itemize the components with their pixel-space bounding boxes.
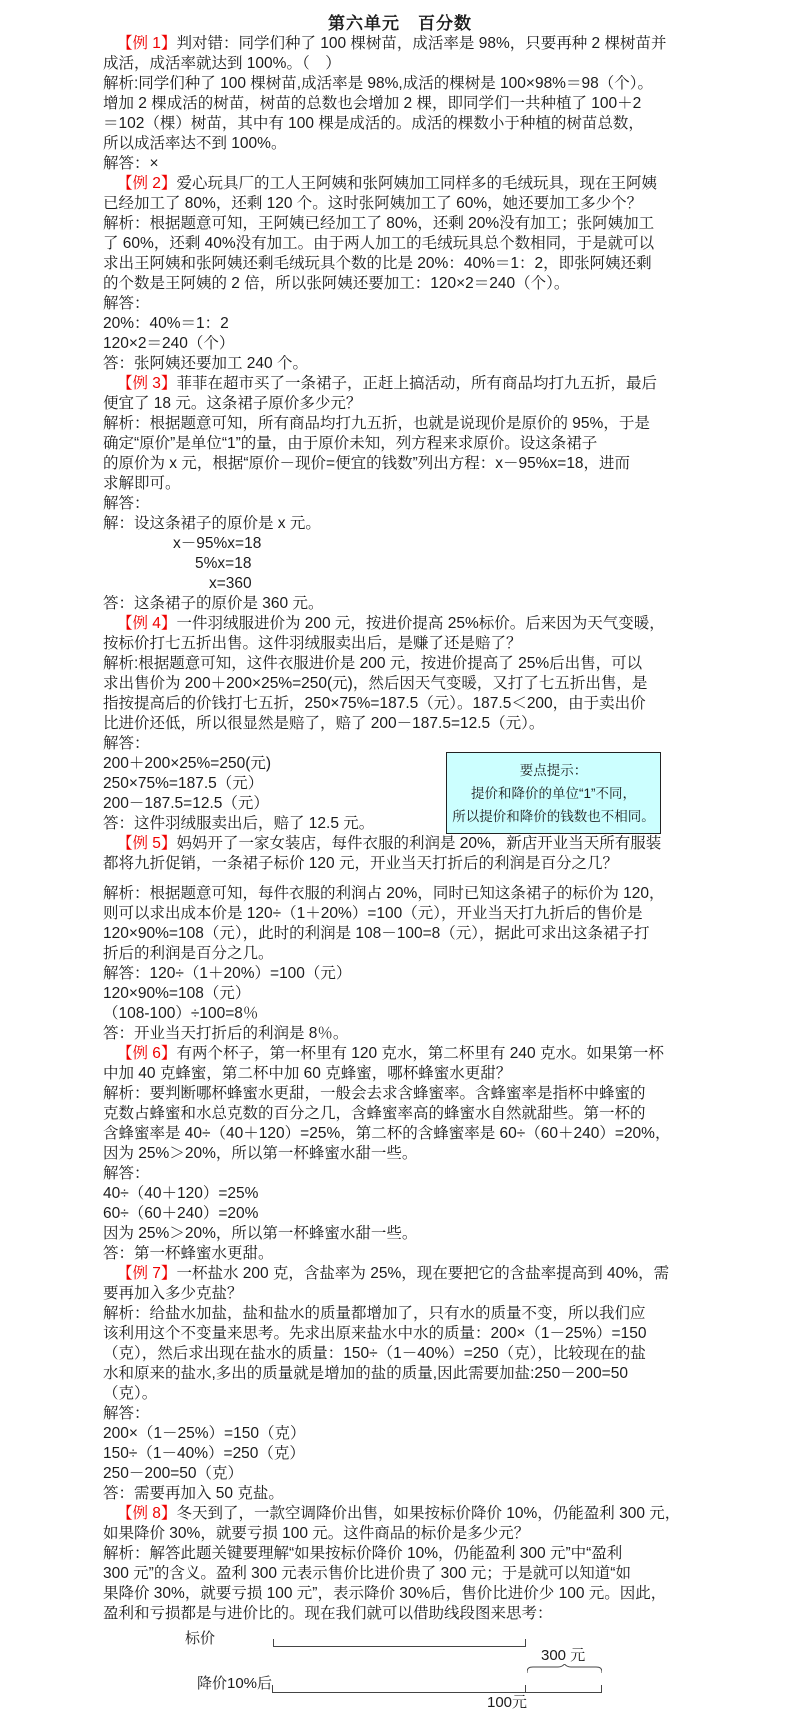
text-line: 求解即可。	[103, 474, 709, 494]
line-text: 40÷（40＋120）=25%	[103, 1185, 258, 1202]
text-line: 便宜了 18 元。这条裙子原价多少元？	[103, 394, 709, 414]
line-text: 确定“原价”是单位“1”的量，由于原价未知，列方程来求原价。设这条裙子	[103, 435, 597, 452]
diagram-label-discounted-price: 降价10%后	[197, 1675, 272, 1693]
segment-tick	[525, 1639, 526, 1647]
example-line: 【例 5】妈妈开了一家女装店，每件衣服的利润是 20%，新店开业当天所有服装	[103, 834, 709, 854]
line-text: 250×75%=187.5（元）	[103, 775, 263, 792]
line-text: 答：开业当天打折后的利润是 8％。	[103, 1025, 348, 1042]
line-text: 增加 2 棵成活的树苗，树苗的总数也会增加 2 棵，即同学们一共种植了 100＋…	[103, 95, 641, 112]
text-line: 答：需要再加入 50 克盐。	[103, 1484, 709, 1504]
line-text: 已经加工了 80%，还剩 120 个。这时张阿姨加工了 60%，她还要加工多少个…	[103, 195, 642, 212]
example-line: 【例 7】一杯盐水 200 克，含盐率为 25%，现在要把它的含盐率提高到 40…	[103, 1264, 709, 1284]
line-text: 所以成活率达不到 100%。	[103, 135, 286, 152]
text-line: （克），然后求出现在盐水的质量：150÷（1－40%）=250（克），比较现在的…	[103, 1344, 709, 1364]
line-text: 解答：	[103, 295, 150, 312]
line-text: （克），然后求出现在盐水的质量：150÷（1－40%）=250（克），比较现在的…	[103, 1345, 646, 1362]
text-line: 250－200=50（克）	[103, 1464, 709, 1484]
text-line: x=360	[103, 574, 709, 594]
text-line: 解析:同学们种了 100 棵树苗,成活率是 98%,成活的棵树是 100×98%…	[103, 74, 709, 94]
example-line: 【例 1】判对错：同学们种了 100 棵树苗，成活率是 98%，只要再种 2 棵…	[103, 34, 709, 54]
line-text: 解答：	[103, 1165, 150, 1182]
line-text: 解答：	[103, 495, 150, 512]
line-text: 求出王阿姨和张阿姨还剩毛绒玩具个数的比是 20%：40%＝1：2，即张阿姨还剩	[103, 255, 652, 272]
text-line: 的原价为 x 元，根据“原价－现价=便宜的钱数”列出方程：x－95%x=18，进…	[103, 454, 709, 474]
text-line: 120×2＝240（个）	[103, 334, 709, 354]
line-text: 则可以求出成本价是 120÷（1＋20%）=100（元），开业当天打九折后的售价…	[103, 905, 642, 922]
text-line: （克）。	[103, 1384, 709, 1404]
diagram-value-300: 300 元	[541, 1647, 585, 1665]
example-line: 【例 2】爱心玩具厂的工人王阿姨和张阿姨加工同样多的毛绒玩具，现在王阿姨	[103, 174, 709, 194]
line-text: 有两个杯子，第一杯里有 120 克水，第二杯里有 240 克水。如果第一杯	[176, 1045, 663, 1062]
line-text: 便宜了 18 元。这条裙子原价多少元？	[103, 395, 361, 412]
example-line: 【例 8】冬天到了，一款空调降价出售，如果按标价降价 10%，仍能盈利 300 …	[103, 1504, 709, 1524]
line-text: 克数占蜂蜜和水总克数的百分之几，含蜂蜜率高的蜂蜜水自然就甜些。第一杯的	[103, 1105, 646, 1122]
line-text: 120×2＝240（个）	[103, 335, 234, 352]
line-text: 120×90%=108（元），此时的利润是 108－100=8（元），据此可求出…	[103, 925, 650, 942]
line-text: 该利用这个不变量来思考。先求出原来盐水中水的质量：200×（1－25%）=150	[103, 1325, 646, 1342]
line-text: 20%：40%＝1：2	[103, 315, 229, 332]
diagram-value-100: 100元	[487, 1694, 527, 1710]
line-text: 60÷（60＋240）=20%	[103, 1205, 258, 1222]
text-line: 含蜂蜜率是 40÷（40＋120）=25%，第二杯的含蜂蜜率是 60÷（60＋2…	[103, 1124, 709, 1144]
line-text: 要再加入多少克盐？	[103, 1285, 243, 1302]
text-line: 果降价 30%，就要亏损 100 元”，表示降价 30%后，售价比进价少 100…	[103, 1584, 709, 1604]
text-line: 答：张阿姨还要加工 240 个。	[103, 354, 709, 374]
text-line: 解析:根据题意可知，这件衣服进价是 200 元，按进价提高了 25%后出售，可以	[103, 654, 709, 674]
line-text: 的个数是王阿姨的 2 倍，所以张阿姨还要加工：120×2＝240（个）。	[103, 275, 569, 292]
tip-box-heading: 要点提示：	[447, 759, 660, 782]
text-line: 则可以求出成本价是 120÷（1＋20%）=100（元），开业当天打九折后的售价…	[103, 904, 709, 924]
line-text: 菲菲在超市买了一条裙子，正赶上搞活动，所有商品均打九五折，最后	[176, 375, 657, 392]
text-line: 解答：	[103, 294, 709, 314]
text-line: 解答：	[103, 734, 709, 754]
tip-box: 要点提示： 提价和降价的单位“1”不同， 所以提价和降价的钱数也不相同。	[446, 752, 661, 834]
text-line: x－95%x=18	[103, 534, 709, 554]
line-text: 都将九折促销，一条裙子标价 120 元，开业当天打折后的利润是百分之几？	[103, 855, 618, 872]
example-line: 【例 3】菲菲在超市买了一条裙子，正赶上搞活动，所有商品均打九五折，最后	[103, 374, 709, 394]
segment-tick	[272, 1685, 273, 1693]
line-text: 200－187.5=12.5（元）	[103, 795, 269, 812]
text-line: 该利用这个不变量来思考。先求出原来盐水中水的质量：200×（1－25%）=150	[103, 1324, 709, 1344]
line-text: 妈妈开了一家女装店，每件衣服的利润是 20%，新店开业当天所有服装	[176, 835, 661, 852]
line-text: 答：张阿姨还要加工 240 个。	[103, 355, 308, 372]
text-line: 了 60%，还剩 40%没有加工。由于两人加工的毛绒玩具总个数相同，于是就可以	[103, 234, 709, 254]
text-line: 解答：	[103, 1404, 709, 1424]
line-text: 解析:根据题意可知，这件衣服进价是 200 元，按进价提高了 25%后出售，可以	[103, 655, 642, 672]
text-line: 解：设这条裙子的原价是 x 元。	[103, 514, 709, 534]
text-line: 答：这条裙子的原价是 360 元。	[103, 594, 709, 614]
example-marker: 【例 3】	[117, 375, 176, 392]
text-line: 要再加入多少克盐？	[103, 1284, 709, 1304]
text-line: 按标价打七五折出售。这件羽绒服卖出后，是赚了还是赔了？	[103, 634, 709, 654]
line-text: 答：这件羽绒服卖出后，赔了 12.5 元。	[103, 815, 374, 832]
line-text: 解答：×	[103, 155, 159, 172]
line-text: 因为 25%＞20%，所以第一杯蜂蜜水甜一些。	[103, 1225, 417, 1242]
text-line: 60÷（60＋240）=20%	[103, 1204, 709, 1224]
text-line: 确定“原价”是单位“1”的量，由于原价未知，列方程来求原价。设这条裙子	[103, 434, 709, 454]
line-text: 如果降价 30%，就要亏损 100 元。这件商品的标价是多少元？	[103, 1525, 529, 1542]
line-text: 解答：	[103, 1405, 150, 1422]
example-marker: 【例 6】	[117, 1045, 176, 1062]
line-text: 250－200=50（克）	[103, 1465, 243, 1482]
line-text: 解答：	[103, 735, 150, 752]
line-text: 按标价打七五折出售。这件羽绒服卖出后，是赚了还是赔了？	[103, 635, 522, 652]
line-text: 冬天到了，一款空调降价出售，如果按标价降价 10%，仍能盈利 300 元，	[176, 1505, 680, 1522]
over-brace	[527, 1664, 602, 1674]
text-line: 水和原来的盐水,多出的质量就是增加的盐的质量,因此需要加盐:250－200=50	[103, 1364, 709, 1384]
text-line: 折后的利润是百分之几。	[103, 944, 709, 964]
page-title: 第六单元 百分数	[0, 0, 800, 34]
text-line: 因为 25%＞20%，所以第一杯蜂蜜水甜一些。	[103, 1224, 709, 1244]
segment-line-discounted-price	[272, 1692, 602, 1693]
line-text: ＝102（棵）树苗，其中有 100 棵是成活的。成活的棵数小于种植的树苗总数，	[103, 115, 644, 132]
example-marker: 【例 8】	[117, 1505, 176, 1522]
line-text: 折后的利润是百分之几。	[103, 945, 274, 962]
line-text: x－95%x=18	[173, 535, 261, 552]
line-text: 答：需要再加入 50 克盐。	[103, 1485, 284, 1502]
text-line: 都将九折促销，一条裙子标价 120 元，开业当天打折后的利润是百分之几？	[103, 854, 709, 874]
text-line: 已经加工了 80%，还剩 120 个。这时张阿姨加工了 60%，她还要加工多少个…	[103, 194, 709, 214]
text-line: 所以成活率达不到 100%。	[103, 134, 709, 154]
line-text: 300 元”的含义。盈利 300 元表示售价比进价贵了 300 元；于是就可以知…	[103, 1565, 631, 1582]
line-text: 200×（1－25%）=150（克）	[103, 1425, 305, 1442]
example-marker: 【例 4】	[117, 615, 176, 632]
line-text: 果降价 30%，就要亏损 100 元”，表示降价 30%后，售价比进价少 100…	[103, 1585, 666, 1602]
text-line: ＝102（棵）树苗，其中有 100 棵是成活的。成活的棵数小于种植的树苗总数，	[103, 114, 709, 134]
text-line: 200×（1－25%）=150（克）	[103, 1424, 709, 1444]
text-line: 的个数是王阿姨的 2 倍，所以张阿姨还要加工：120×2＝240（个）。	[103, 274, 709, 294]
line-text: 判对错：同学们种了 100 棵树苗，成活率是 98%，只要再种 2 棵树苗并	[176, 35, 666, 52]
text-line: 解答：×	[103, 154, 709, 174]
line-text: 成活，成活率就达到 100%。（ ）	[103, 55, 341, 72]
text-line: 150÷（1－40%）=250（克）	[103, 1444, 709, 1464]
example-marker: 【例 5】	[117, 835, 176, 852]
text-line: 成活，成活率就达到 100%。（ ）	[103, 54, 709, 74]
line-text: 答：这条裙子的原价是 360 元。	[103, 595, 323, 612]
line-text: 水和原来的盐水,多出的质量就是增加的盐的质量,因此需要加盐:250－200=50	[103, 1365, 628, 1382]
segment-tick	[601, 1685, 602, 1693]
text-line: 比进价还低，所以很显然是赔了，赔了 200－187.5=12.5（元）。	[103, 714, 709, 734]
line-text: 答：第一杯蜂蜜水更甜。	[103, 1245, 274, 1262]
line-text: 解析：要判断哪杯蜂蜜水更甜，一般会去求含蜂蜜率。含蜂蜜率是指杯中蜂蜜的	[103, 1085, 646, 1102]
line-text: x=360	[209, 575, 252, 592]
line-text: 的原价为 x 元，根据“原价－现价=便宜的钱数”列出方程：x－95%x=18，进…	[103, 455, 630, 472]
text-line: 求出王阿姨和张阿姨还剩毛绒玩具个数的比是 20%：40%＝1：2，即张阿姨还剩	[103, 254, 709, 274]
example-line: 【例 4】一件羽绒服进价为 200 元，按进价提高 25%标价。后来因为天气变暖…	[103, 614, 709, 634]
example-marker: 【例 7】	[117, 1265, 176, 1282]
text-line: 克数占蜂蜜和水总克数的百分之几，含蜂蜜率高的蜂蜜水自然就甜些。第一杯的	[103, 1104, 709, 1124]
line-text: （克）。	[103, 1385, 157, 1402]
text-line: （108-100）÷100=8％	[103, 1004, 709, 1024]
text-line: 解析：要判断哪杯蜂蜜水更甜，一般会去求含蜂蜜率。含蜂蜜率是指杯中蜂蜜的	[103, 1084, 709, 1104]
example-marker: 【例 2】	[117, 175, 176, 192]
line-text: 了 60%，还剩 40%没有加工。由于两人加工的毛绒玩具总个数相同，于是就可以	[103, 235, 654, 252]
segment-tick	[273, 1639, 274, 1647]
line-text: 5%x=18	[195, 555, 251, 572]
text-line: 40÷（40＋120）=25%	[103, 1184, 709, 1204]
line-text: 爱心玩具厂的工人王阿姨和张阿姨加工同样多的毛绒玩具，现在王阿姨	[176, 175, 657, 192]
line-text: 解析：根据题意可知，王阿姨已经加工了 80%，还剩 20%没有加工；张阿姨加工	[103, 215, 654, 232]
text-line: 答：第一杯蜂蜜水更甜。	[103, 1244, 709, 1264]
text-line: 指按提高后的价钱打七五折，250×75%=187.5（元）。187.5＜200，…	[103, 694, 709, 714]
text-line: 解析：根据题意可知，每件衣服的利润占 20%，同时已知这条裙子的标价为 120，	[103, 884, 709, 904]
text-line: 解答：	[103, 494, 709, 514]
text-line: 解析：根据题意可知，王阿姨已经加工了 80%，还剩 20%没有加工；张阿姨加工	[103, 214, 709, 234]
line-text: 解答：120÷（1＋20%）=100（元）	[103, 965, 351, 982]
tip-box-line: 提价和降价的单位“1”不同，	[447, 782, 660, 805]
text-line: 增加 2 棵成活的树苗，树苗的总数也会增加 2 棵，即同学们一共种植了 100＋…	[103, 94, 709, 114]
textbook-page: 第六单元 百分数 【例 1】判对错：同学们种了 100 棵树苗，成活率是 98%…	[0, 0, 800, 1710]
line-text: 指按提高后的价钱打七五折，250×75%=187.5（元）。187.5＜200，…	[103, 695, 646, 712]
segment-line-marked-price	[273, 1646, 525, 1647]
line-text: 200＋200×25%=250(元)	[103, 755, 271, 772]
line-text: 求解即可。	[103, 475, 181, 492]
text-line: 120×90%=108（元），此时的利润是 108－100=8（元），据此可求出…	[103, 924, 709, 944]
line-text: 解析:同学们种了 100 棵树苗,成活率是 98%,成活的棵树是 100×98%…	[103, 75, 653, 92]
text-line: 如果降价 30%，就要亏损 100 元。这件商品的标价是多少元？	[103, 1524, 709, 1544]
tip-box-line: 所以提价和降价的钱数也不相同。	[447, 805, 660, 828]
line-text: 解：设这条裙子的原价是 x 元。	[103, 515, 321, 532]
line-text: 因为 25%＞20%，所以第一杯蜂蜜水甜一些。	[103, 1145, 417, 1162]
example-marker: 【例 1】	[117, 35, 176, 52]
text-line: 解析：根据题意可知，所有商品均打九五折，也就是说现价是原价的 95%，于是	[103, 414, 709, 434]
text-line: 300 元”的含义。盈利 300 元表示售价比进价贵了 300 元；于是就可以知…	[103, 1564, 709, 1584]
line-text: 解析：根据题意可知，所有商品均打九五折，也就是说现价是原价的 95%，于是	[103, 415, 650, 432]
line-text: （108-100）÷100=8％	[103, 1005, 258, 1022]
line-text: 120×90%=108（元）	[103, 985, 250, 1002]
line-text: 解析：解答此题关键要理解“如果按标价降价 10%，仍能盈利 300 元”中“盈利	[103, 1545, 622, 1562]
text-line: 120×90%=108（元）	[103, 984, 709, 1004]
line-text: 盈利和亏损都是与进价比的。现在我们就可以借助线段图来思考：	[103, 1605, 553, 1622]
text-line: 因为 25%＞20%，所以第一杯蜂蜜水甜一些。	[103, 1144, 709, 1164]
text-line: 求出售价为 200＋200×25%=250(元)，然后因天气变暖，又打了七五折出…	[103, 674, 709, 694]
line-text: 求出售价为 200＋200×25%=250(元)，然后因天气变暖，又打了七五折出…	[103, 675, 647, 692]
segment-tick	[525, 1685, 526, 1693]
text-line: 5%x=18	[103, 554, 709, 574]
text-line: 解答：	[103, 1164, 709, 1184]
text-line: 解析：解答此题关键要理解“如果按标价降价 10%，仍能盈利 300 元”中“盈利	[103, 1544, 709, 1564]
text-line: 答：开业当天打折后的利润是 8％。	[103, 1024, 709, 1044]
line-text: 一件羽绒服进价为 200 元，按进价提高 25%标价。后来因为天气变暖，	[176, 615, 664, 632]
example-line: 【例 6】有两个杯子，第一杯里有 120 克水，第二杯里有 240 克水。如果第…	[103, 1044, 709, 1064]
paragraph-gap	[103, 874, 709, 884]
line-text: 中加 40 克蜂蜜，第二杯中加 60 克蜂蜜，哪杯蜂蜜水更甜？	[103, 1065, 511, 1082]
text-line: 20%：40%＝1：2	[103, 314, 709, 334]
text-line: 盈利和亏损都是与进价比的。现在我们就可以借助线段图来思考：	[103, 1604, 709, 1624]
line-text: 含蜂蜜率是 40÷（40＋120）=25%，第二杯的含蜂蜜率是 60÷（60＋2…	[103, 1125, 670, 1142]
line-text: 一杯盐水 200 克，含盐率为 25%，现在要把它的含盐率提高到 40%，需	[176, 1265, 669, 1282]
diagram-label-marked-price: 标价	[185, 1630, 215, 1648]
line-text: 解析：给盐水加盐，盐和盐水的质量都增加了，只有水的质量不变，所以我们应	[103, 1305, 646, 1322]
line-text: 150÷（1－40%）=250（克）	[103, 1445, 305, 1462]
text-line: 中加 40 克蜂蜜，第二杯中加 60 克蜂蜜，哪杯蜂蜜水更甜？	[103, 1064, 709, 1084]
text-line: 解析：给盐水加盐，盐和盐水的质量都增加了，只有水的质量不变，所以我们应	[103, 1304, 709, 1324]
line-text: 比进价还低，所以很显然是赔了，赔了 200－187.5=12.5（元）。	[103, 715, 544, 732]
line-text: 解析：根据题意可知，每件衣服的利润占 20%，同时已知这条裙子的标价为 120，	[103, 885, 665, 902]
text-line: 解答：120÷（1＋20%）=100（元）	[103, 964, 709, 984]
